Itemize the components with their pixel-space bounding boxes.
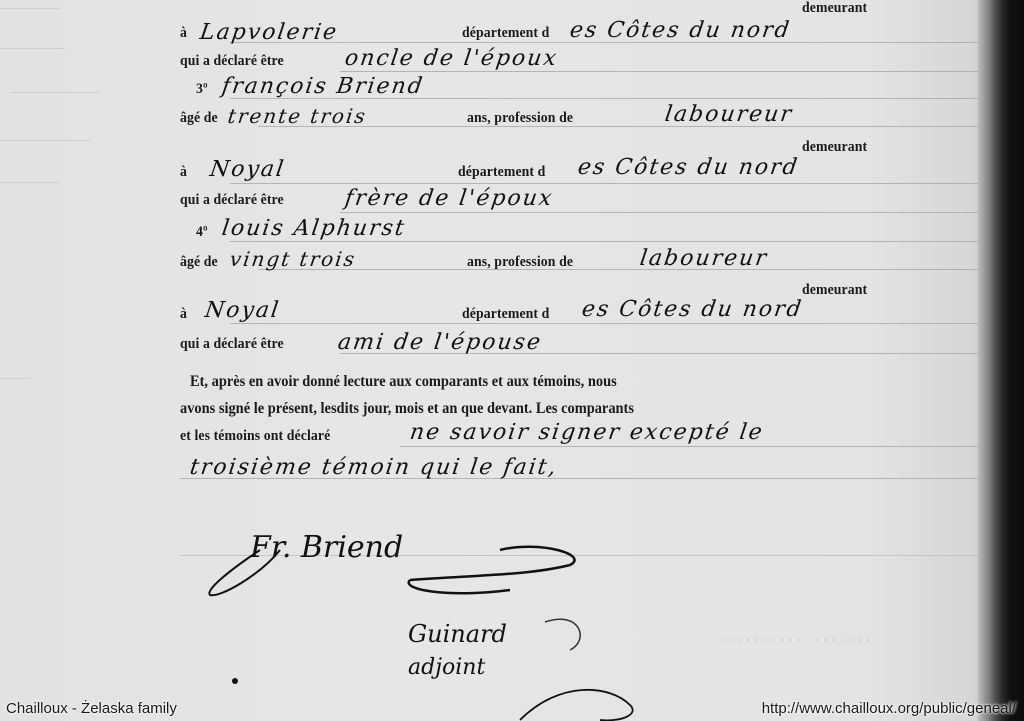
witness-department: es Côtes du nord [580,297,804,322]
witness-department: es Côtes du nord [568,18,792,43]
closing-line-2: avons signé le présent, lesdits jour, mo… [180,400,634,418]
ruled-line [230,241,990,242]
ghost-rule [10,92,100,93]
witness-profession: laboureur [638,246,769,271]
label-age: âgé de [180,110,218,127]
ghost-rule [0,48,65,49]
bleed-through-text: · · · · · · · · · · · · · · · · · · [720,632,871,648]
label-profession: ans, profession de [467,254,573,271]
label-departement: département d [462,25,549,42]
scanned-register-page: demeurant à Lapvolerie département d es … [0,0,1024,721]
label-profession: ans, profession de [467,110,573,127]
ink-dot [232,678,238,684]
witness-profession: laboureur [663,102,794,127]
closing-line-3-printed: et les témoins ont déclaré [180,428,330,445]
ghost-rule [0,140,90,141]
caption-family-name: Chailloux - Żelaska family [6,700,177,717]
label-demeurant: demeurant [802,139,867,156]
label-departement: département d [462,306,549,323]
witness-relation: ami de l'épouse [336,330,544,355]
witness-age: vingt trois [228,247,357,271]
signature-adjoint: adjoint [408,655,485,680]
witness-relation: oncle de l'époux [343,46,559,71]
closing-line-4-handwritten: troisième témoin qui le fait, [188,455,559,480]
label-a: à [180,25,187,42]
witness-age: trente trois [226,104,368,128]
signature-flourish [500,610,680,720]
label-age: âgé de [180,254,218,271]
label-declared: qui a déclaré être [180,336,284,353]
witness-residence: Lapvolerie [198,20,340,45]
book-binding-edge [978,0,1024,721]
ghost-rule [0,378,30,379]
ruled-line [230,183,990,184]
witness-relation: frère de l'époux [343,186,555,211]
witness-number: 3º [196,81,208,98]
label-declared: qui a déclaré être [180,192,284,209]
closing-line-3-handwritten: ne savoir signer excepté le [408,420,765,445]
witness-residence: Noyal [203,298,282,323]
label-demeurant: demeurant [802,0,867,17]
label-a: à [180,164,187,181]
label-demeurant: demeurant [802,282,867,299]
caption-website-url[interactable]: http://www.chailloux.org/public/geneal/ [762,700,1016,717]
ruled-line [230,323,990,324]
witness-number: 4º [196,224,208,241]
label-departement: département d [458,164,545,181]
label-a: à [180,306,187,323]
closing-line-1: Et, après en avoir donné lecture aux com… [190,373,617,391]
witness-name: louis Alphurst [220,216,407,241]
signature-guinard: Guinard [408,620,507,648]
ghost-rule [0,8,60,9]
label-declared: qui a déclaré être [180,53,284,70]
ruled-line [258,126,990,127]
ruled-line [340,71,990,72]
witness-department: es Côtes du nord [576,155,800,180]
witness-residence: Noyal [208,157,287,182]
ruled-line [340,212,990,213]
ruled-line [400,446,990,447]
ghost-rule [0,182,60,183]
witness-name: françois Briend [220,74,425,99]
ruled-line [258,269,990,270]
